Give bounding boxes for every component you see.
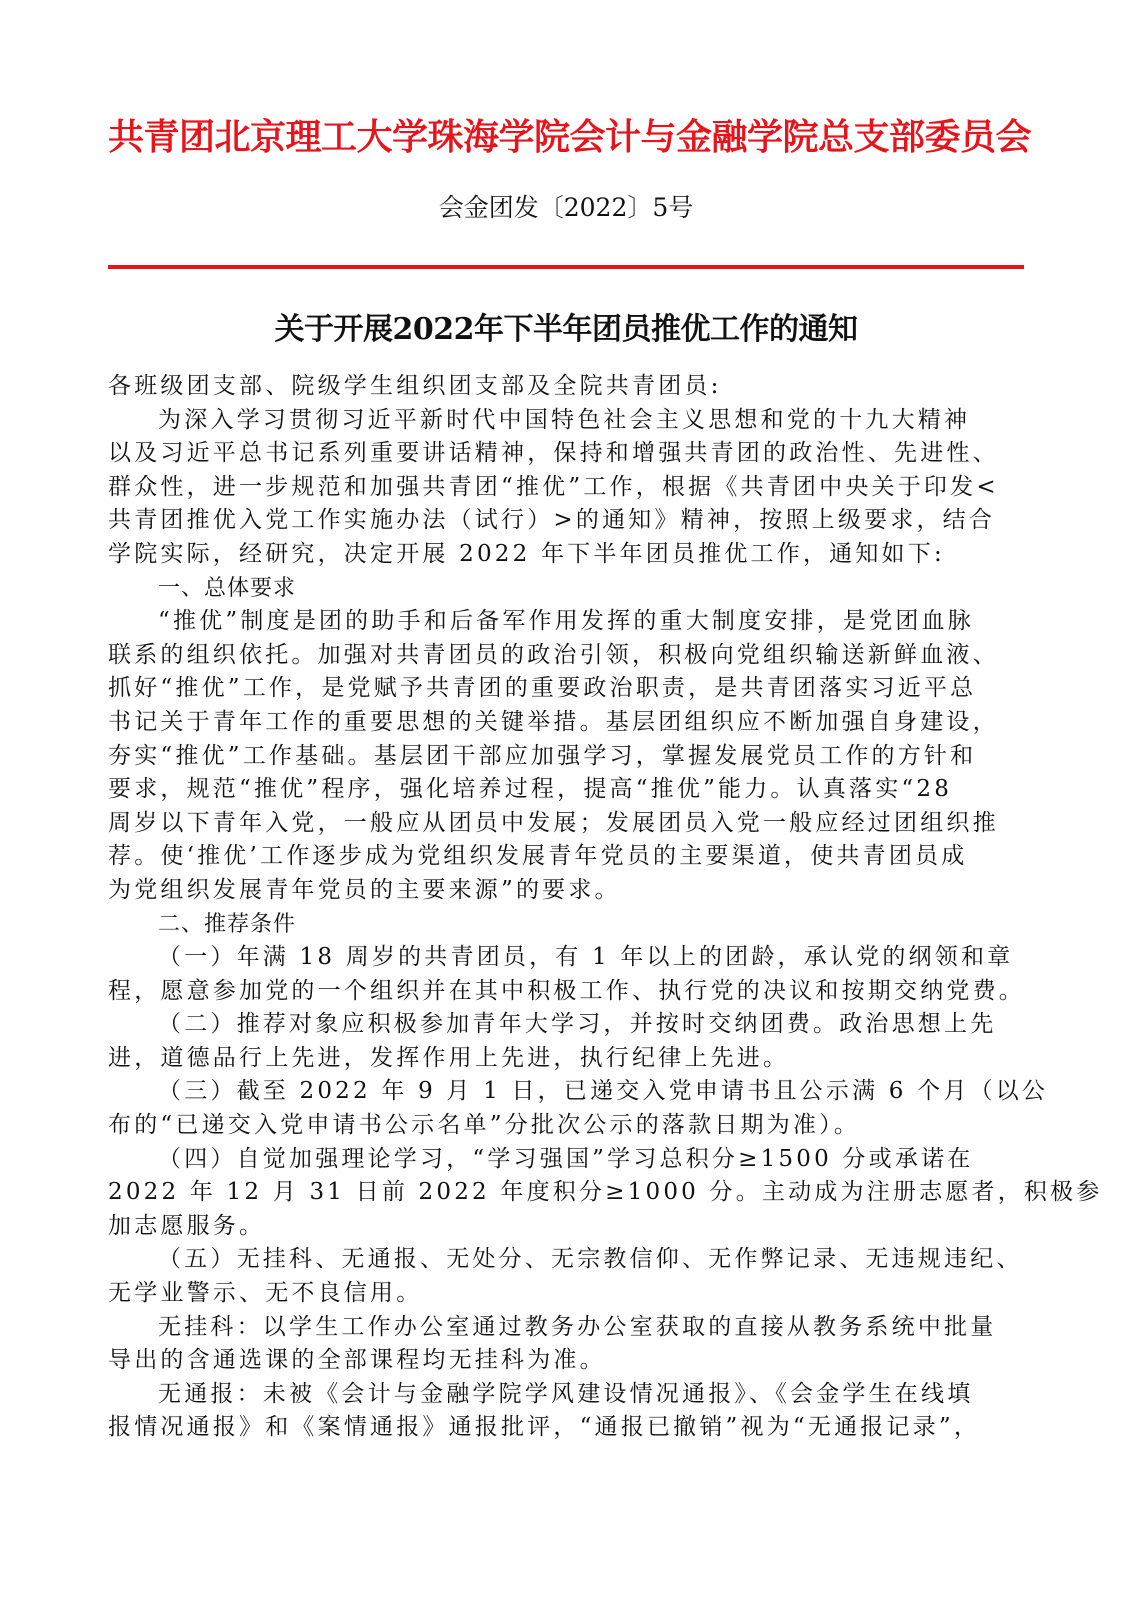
body-line-text: 夯实“推优”工作基础。基层团干部应加强学习，掌握发展党员工作的方针和: [108, 743, 976, 769]
body-line: （五）无挂科、无通报、无处分、无宗教信仰、无作弊记录、无违规违纪、: [108, 1243, 978, 1277]
body-line: 以及习近平总书记系列重要讲话精神，保持和增强共青团的政治性、先进性、: [108, 437, 978, 471]
body-line: 无挂科：以学生工作办公室通过教务办公室获取的直接从教务系统中批量: [108, 1311, 978, 1345]
body-line: 2022 年 12 月 31 日前 2022 年度积分≥1000 分。主动成为注…: [108, 1176, 978, 1210]
body-line-text: 加志愿服务。: [108, 1213, 265, 1239]
body-line: 周岁以下青年入党，一般应从团员中发展；发展团员入党一般应经过团组织推: [108, 807, 978, 841]
body-line-text: 共青团推优入党工作实施办法（试行）>的通知》精神，按照上级要求，结合: [108, 507, 995, 533]
body-line-text: （二）推荐对象应积极参加青年大学习，并按时交纳团费。政治思想上先: [158, 1011, 996, 1037]
body-line: 为党组织发展青年党员的主要来源”的要求。: [108, 874, 978, 908]
notice-title: 关于开展2022年下半年团员推优工作的通知: [108, 308, 1024, 352]
body-line-text: 报情况通报》和《案情通报》通报批评，“通报已撤销”视为“无通报记录”，: [108, 1414, 980, 1440]
body-line-text: 各班级团支部、院级学生组织团支部及全院共青团员:: [108, 373, 722, 399]
section-heading: 一、总体要求: [108, 572, 978, 606]
section-heading-text: 一、总体要求: [158, 576, 296, 601]
body-line: 要求，规范“推优”程序，强化培养过程，提高“推优”能力。认真落实“28: [108, 773, 978, 807]
body-line: 加志愿服务。: [108, 1210, 978, 1244]
body-line-text: （四）自觉加强理论学习，“学习强国”学习总积分≥1500 分或承诺在: [158, 1146, 973, 1172]
body-line-text: 为党组织发展青年党员的主要来源”的要求。: [108, 877, 621, 903]
body-line: （二）推荐对象应积极参加青年大学习，并按时交纳团费。政治思想上先: [108, 1008, 978, 1042]
body-line: 进，道德品行上先进，发挥作用上先进，执行纪律上先进。: [108, 1042, 978, 1076]
body-line: 共青团推优入党工作实施办法（试行）>的通知》精神，按照上级要求，结合: [108, 504, 978, 538]
body-line: 抓好“推优”工作，是党赋予共青团的重要政治职责，是共青团落实习近平总: [108, 672, 978, 706]
body-line: 无学业警示、无不良信用。: [108, 1277, 978, 1311]
body-line-text: 布的“已递交入党申请书公示名单”分批次公示的落款日期为准）。: [108, 1112, 860, 1138]
body-line: （一）年满 18 周岁的共青团员，有 1 年以上的团龄，承认党的纲领和章: [108, 941, 978, 975]
body-line: 各班级团支部、院级学生组织团支部及全院共青团员:: [108, 370, 978, 404]
body-line-text: 周岁以下青年入党，一般应从团员中发展；发展团员入党一般应经过团组织推: [108, 810, 999, 836]
section-heading-text: 二、推荐条件: [158, 912, 296, 937]
organization-title: 共青团北京理工大学珠海学院会计与金融学院总支部委员会: [108, 112, 1024, 162]
document-page: 共青团北京理工大学珠海学院会计与金融学院总支部委员会 会金团发〔2022〕5号 …: [0, 0, 1131, 1600]
document-number: 会金团发〔2022〕5号: [108, 188, 1024, 228]
body-line-text: 导出的含通选课的全部课程均无挂科为准。: [108, 1347, 606, 1373]
body-line: （四）自觉加强理论学习，“学习强国”学习总积分≥1500 分或承诺在: [108, 1143, 978, 1177]
body-line-text: 无学业警示、无不良信用。: [108, 1280, 422, 1306]
body-line-text: 书记关于青年工作的重要思想的关键举措。基层团组织应不断加强自身建设，: [108, 709, 999, 735]
body-line-text: 为深入学习贯彻习近平新时代中国特色社会主义思想和党的十九大精神: [158, 407, 970, 433]
body-line: 联系的组织依托。加强对共青团员的政治引领，积极向党组织输送新鲜血液、: [108, 639, 978, 673]
body-line-text: 进，道德品行上先进，发挥作用上先进，执行纪律上先进。: [108, 1045, 789, 1071]
body-line: 为深入学习贯彻习近平新时代中国特色社会主义思想和党的十九大精神: [108, 404, 978, 438]
body-line-text: 要求，规范“推优”程序，强化培养过程，提高“推优”能力。认真落实“28: [108, 776, 952, 802]
body-line-text: （五）无挂科、无通报、无处分、无宗教信仰、无作弊记录、无违规违纪、: [158, 1246, 1023, 1272]
red-divider: [108, 265, 1024, 269]
body-line-text: （三）截至 2022 年 9 月 1 日，已递交入党申请书且公示满 6 个月（以…: [158, 1078, 1048, 1104]
body-line-text: “推优”制度是团的助手和后备军作用发挥的重大制度安排，是党团血脉: [158, 608, 974, 634]
body-line-text: 群众性，进一步规范和加强共青团“推优”工作，根据《共青团中央关于印发<: [108, 474, 999, 500]
body-line: 荐。使‘推优’工作逐步成为党组织发展青年党员的主要渠道，使共青团员成: [108, 840, 978, 874]
body-line: 布的“已递交入党申请书公示名单”分批次公示的落款日期为准）。: [108, 1109, 978, 1143]
body-line: 书记关于青年工作的重要思想的关键举措。基层团组织应不断加强自身建设，: [108, 706, 978, 740]
body-line: 群众性，进一步规范和加强共青团“推优”工作，根据《共青团中央关于印发<: [108, 471, 978, 505]
body-line-text: 联系的组织依托。加强对共青团员的政治引领，积极向党组织输送新鲜血液、: [108, 642, 999, 668]
body-line-text: 学院实际，经研究，决定开展 2022 年下半年团员推优工作，通知如下:: [108, 541, 945, 567]
body-line-text: 抓好“推优”工作，是党赋予共青团的重要政治职责，是共青团落实习近平总: [108, 675, 976, 701]
body-line: 程，愿意参加党的一个组织并在其中积极工作、执行党的决议和按期交纳党费。: [108, 975, 978, 1009]
body-line: （三）截至 2022 年 9 月 1 日，已递交入党申请书且公示满 6 个月（以…: [108, 1075, 978, 1109]
body-line: 导出的含通选课的全部课程均无挂科为准。: [108, 1344, 978, 1378]
body-line: 学院实际，经研究，决定开展 2022 年下半年团员推优工作，通知如下:: [108, 538, 978, 572]
body-line-text: 无通报：未被《会计与金融学院学风建设情况通报》、《会金学生在线填: [158, 1381, 973, 1407]
body-line-text: 荐。使‘推优’工作逐步成为党组织发展青年党员的主要渠道，使共青团员成: [108, 843, 967, 869]
section-heading: 二、推荐条件: [108, 908, 978, 942]
notice-body: 各班级团支部、院级学生组织团支部及全院共青团员:为深入学习贯彻习近平新时代中国特…: [108, 370, 978, 1445]
body-line: 夯实“推优”工作基础。基层团干部应加强学习，掌握发展党员工作的方针和: [108, 740, 978, 774]
body-line-text: （一）年满 18 周岁的共青团员，有 1 年以上的团龄，承认党的纲领和章: [158, 944, 1013, 970]
body-line-text: 程，愿意参加党的一个组织并在其中积极工作、执行党的决议和按期交纳党费。: [108, 978, 1025, 1004]
body-line-text: 无挂科：以学生工作办公室通过教务办公室获取的直接从教务系统中批量: [158, 1314, 996, 1340]
body-line-text: 以及习近平总书记系列重要讲话精神，保持和增强共青团的政治性、先进性、: [108, 440, 999, 466]
body-line-text: 2022 年 12 月 31 日前 2022 年度积分≥1000 分。主动成为注…: [108, 1179, 1103, 1205]
body-line: 无通报：未被《会计与金融学院学风建设情况通报》、《会金学生在线填: [108, 1378, 978, 1412]
body-line: “推优”制度是团的助手和后备军作用发挥的重大制度安排，是党团血脉: [108, 605, 978, 639]
body-line: 报情况通报》和《案情通报》通报批评，“通报已撤销”视为“无通报记录”，: [108, 1411, 978, 1445]
